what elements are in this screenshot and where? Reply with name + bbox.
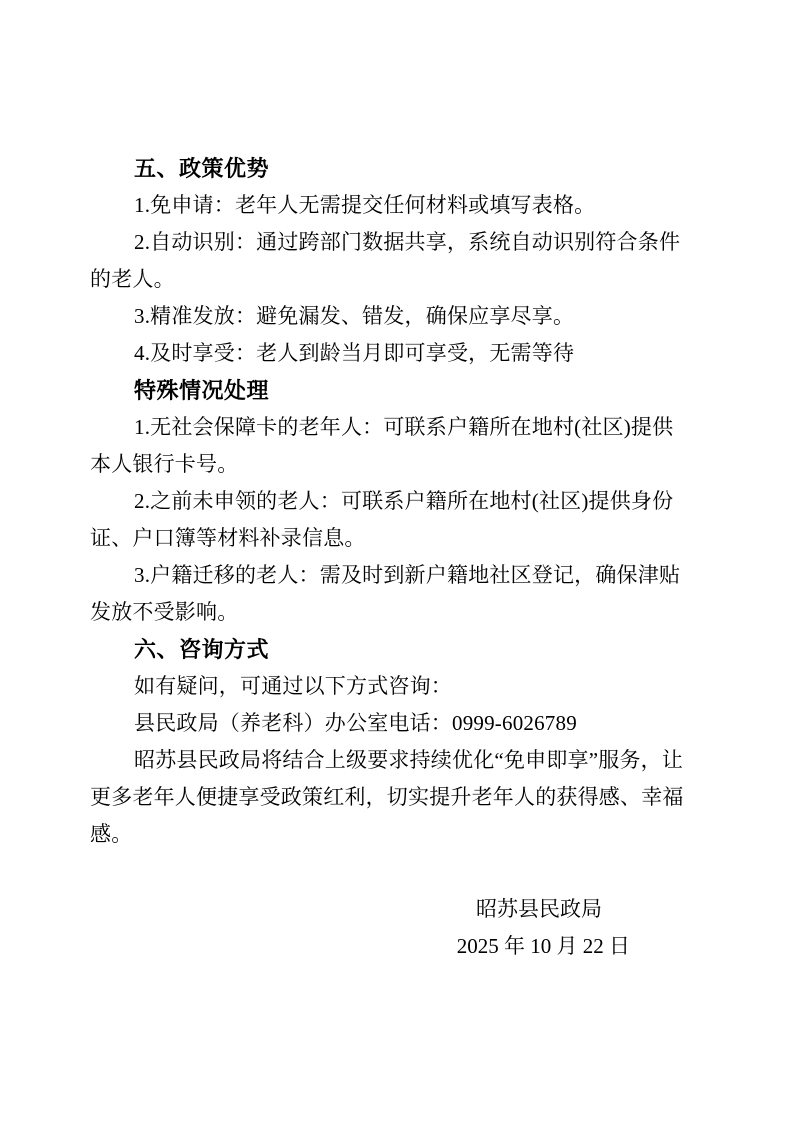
special-case-no-social-card: 1.无社会保障卡的老年人：可联系户籍所在地村(社区)提供 本人银行卡号。 — [90, 409, 735, 483]
signature-organization: 昭苏县民政局 — [90, 891, 692, 928]
signature-date: 2025 年 10 月 22 日 — [90, 928, 692, 965]
section-heading-special-cases: 特殊情况处理 — [90, 372, 735, 409]
policy-item-timely-benefit: 4.及时享受：老人到龄当月即可享受，无需等待 — [90, 335, 735, 372]
section-heading-policy-advantages: 五、政策优势 — [90, 150, 735, 187]
consultation-phone: 县民政局（养老科）办公室电话：0999-6026789 — [90, 705, 735, 742]
policy-item-no-application: 1.免申请：老年人无需提交任何材料或填写表格。 — [90, 187, 735, 224]
section-heading-consultation: 六、咨询方式 — [90, 631, 735, 668]
consultation-intro: 如有疑问，可通过以下方式咨询： — [90, 668, 735, 705]
signature-block: 昭苏县民政局 2025 年 10 月 22 日 — [90, 891, 692, 965]
policy-item-accurate-payment: 3.精准发放：避免漏发、错发，确保应享尽享。 — [90, 298, 735, 335]
document-content: 五、政策优势 1.免申请：老年人无需提交任何材料或填写表格。 2.自动识别：通过… — [90, 150, 735, 965]
special-case-not-applied: 2.之前未申领的老人：可联系户籍所在地村(社区)提供身份 证、户口簿等材料补录信… — [90, 483, 735, 557]
special-case-household-move: 3.户籍迁移的老人：需及时到新户籍地社区登记，确保津贴 发放不受影响。 — [90, 557, 735, 631]
closing-statement: 昭苏县民政局将结合上级要求持续优化“免申即享”服务，让 更多老年人便捷享受政策红… — [90, 742, 735, 853]
policy-item-auto-identify: 2.自动识别：通过跨部门数据共享，系统自动识别符合条件 的老人。 — [90, 224, 735, 298]
document-page: 五、政策优势 1.免申请：老年人无需提交任何材料或填写表格。 2.自动识别：通过… — [0, 0, 793, 1122]
